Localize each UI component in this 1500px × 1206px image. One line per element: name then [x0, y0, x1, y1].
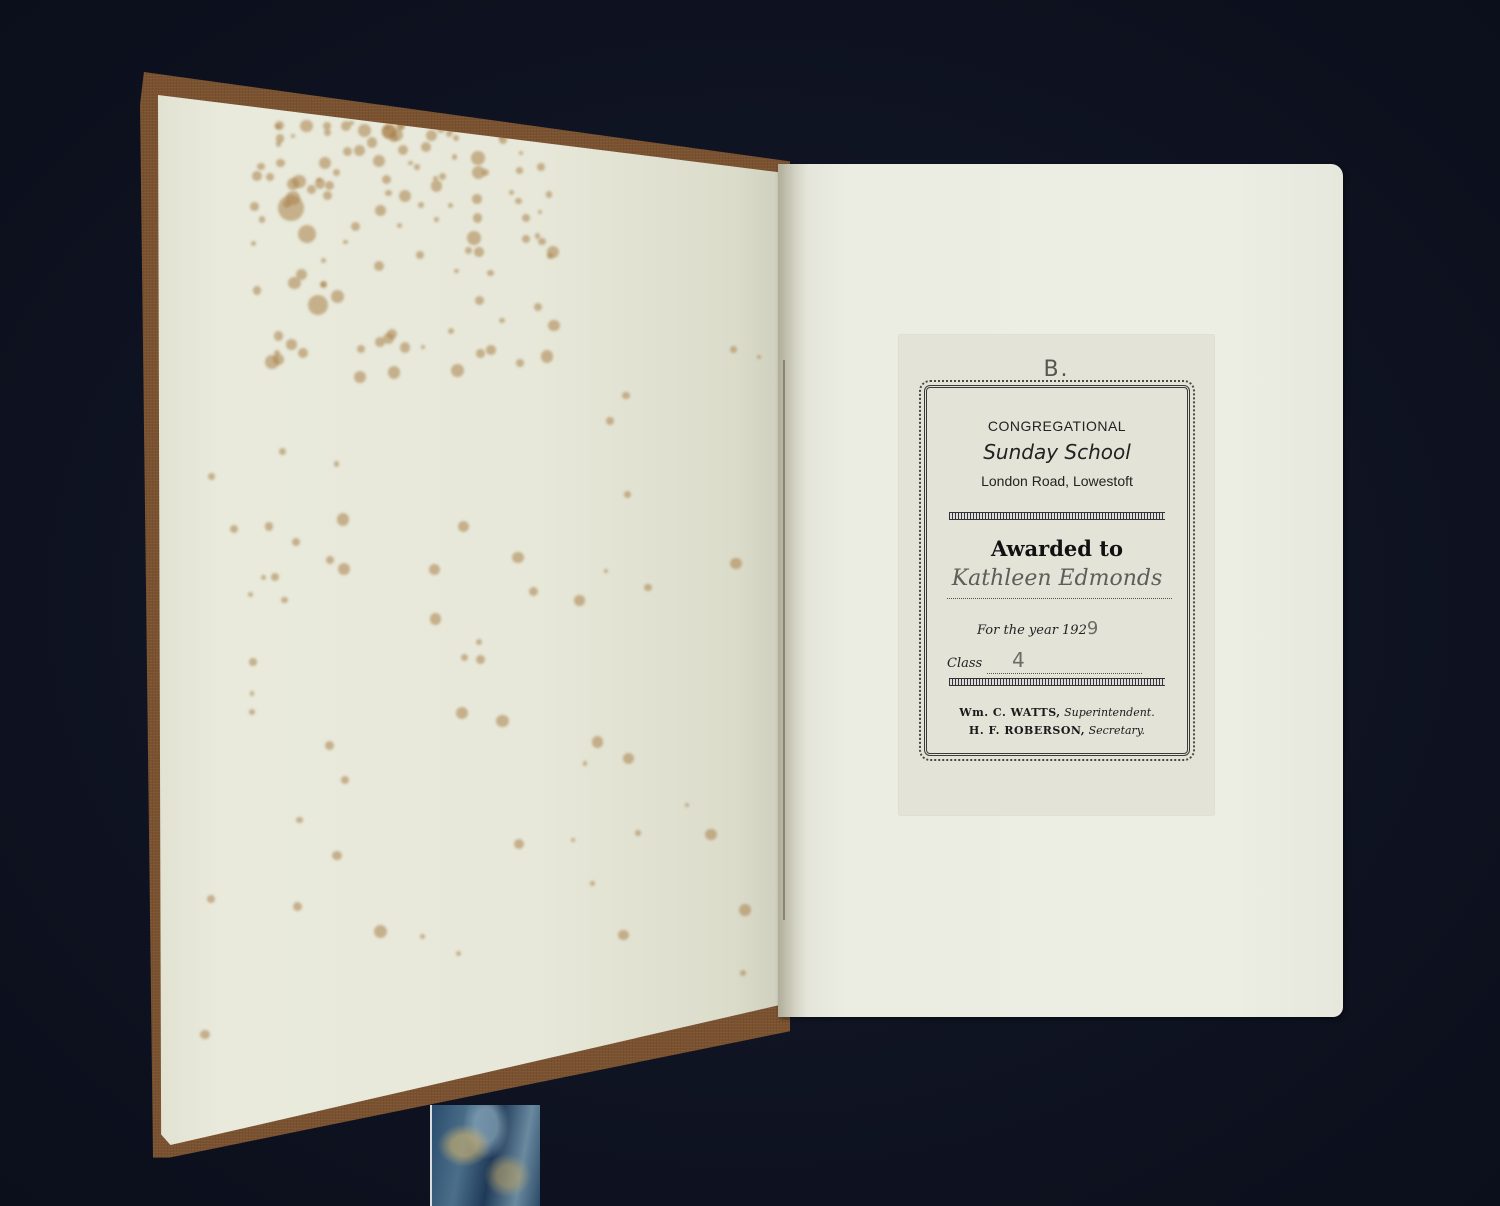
foxing-spot — [331, 290, 344, 303]
foxing-spot — [338, 563, 350, 575]
foxing-spot — [416, 251, 424, 259]
foxing-spot — [288, 277, 301, 290]
signatory-role: Superintendent. — [1064, 706, 1155, 719]
foxing-spot — [252, 171, 262, 181]
foxing-spot — [685, 803, 689, 807]
foxing-spot — [354, 371, 366, 383]
foxing-spot — [451, 364, 464, 377]
foxing-spot — [230, 525, 238, 533]
foxing-spot — [374, 261, 384, 271]
foxing-spot — [293, 902, 302, 911]
foxing-spot — [456, 707, 468, 719]
foxing-spot — [279, 448, 286, 455]
foxing-spot — [207, 895, 215, 903]
foxing-spot — [298, 225, 316, 243]
foxing-spot — [375, 205, 386, 216]
gutter-crease — [783, 360, 785, 920]
name-dotted-line — [947, 598, 1172, 599]
foxing-spot — [291, 134, 295, 138]
class-dotted-line — [987, 673, 1142, 674]
foxing-spot — [454, 269, 458, 273]
foxing-spot — [522, 235, 530, 243]
foxing-spot — [248, 592, 253, 597]
foxing-spot — [382, 175, 391, 184]
foxing-spot — [730, 346, 737, 353]
foxing-spot — [439, 173, 446, 180]
foxing-spot — [257, 163, 265, 171]
foxing-spot — [514, 839, 524, 849]
foxing-spot — [385, 190, 392, 197]
foxing-spot — [259, 216, 266, 223]
foxing-spot — [426, 130, 437, 141]
foxing-spot — [319, 157, 331, 169]
foxing-spot — [397, 223, 402, 228]
foxing-spot — [472, 194, 482, 204]
foxing-spot — [448, 328, 454, 334]
foxing-spot — [452, 154, 458, 160]
foxing-spot — [358, 124, 371, 137]
foxing-spot — [300, 120, 312, 132]
foxing-spot — [375, 337, 385, 347]
foxing-spot — [475, 296, 484, 305]
foxing-spot — [590, 881, 595, 886]
foxing-spot — [476, 349, 484, 357]
foxing-spot — [516, 167, 522, 173]
foxing-spot — [446, 131, 452, 137]
foxing-spot — [421, 345, 425, 349]
foxing-spot — [538, 210, 542, 214]
foxing-spot — [250, 202, 259, 211]
foxing-spot — [472, 166, 485, 179]
foxing-spot — [349, 121, 354, 126]
signatory-role: Secretary. — [1089, 724, 1145, 737]
foxing-spot — [476, 639, 482, 645]
foxing-spot — [541, 350, 554, 363]
foxing-spot — [388, 366, 401, 379]
class-value: 4 — [1012, 648, 1025, 672]
foxing-spot — [515, 198, 521, 204]
signatory-secretary: H. F. ROBERSON, Secretary. — [927, 724, 1187, 737]
foxing-spot — [408, 161, 412, 165]
plate-line-sunday-school: Sunday School — [927, 440, 1187, 464]
foxing-spot — [534, 303, 542, 311]
foxing-spot — [249, 658, 256, 665]
ornamental-border: CONGREGATIONAL Sunday School London Road… — [924, 385, 1190, 756]
foxing-spot — [529, 587, 539, 597]
bookplate: B. CONGREGATIONAL Sunday School London R… — [899, 335, 1214, 815]
foxing-spot — [509, 190, 514, 195]
foxing-spot — [429, 564, 440, 575]
foxing-spot — [276, 159, 284, 167]
foxing-spot — [343, 147, 352, 156]
foxing-spot — [583, 761, 587, 765]
foxing-spot — [471, 151, 485, 165]
foxing-spot — [499, 318, 504, 323]
foxing-spot — [286, 339, 297, 350]
foxing-spot — [278, 195, 304, 221]
foxing-spot — [456, 951, 461, 956]
foxing-spot — [281, 597, 287, 603]
foxing-spot — [473, 213, 482, 222]
foxing-spot — [547, 253, 553, 259]
foxing-spot — [273, 354, 284, 365]
handwritten-mark: B. — [899, 357, 1214, 382]
foxing-spot — [421, 142, 431, 152]
awarded-heading: Awarded to — [927, 536, 1187, 561]
foxing-spot — [320, 281, 327, 288]
foxing-spot — [253, 286, 262, 295]
foxing-spot — [324, 129, 331, 136]
foxing-spot — [465, 247, 472, 254]
foxing-spot — [461, 654, 468, 661]
foxing-spot — [292, 175, 305, 188]
foxing-spot — [296, 817, 303, 824]
foxing-spot — [757, 355, 761, 359]
foxing-spot — [250, 691, 254, 695]
foxing-spot — [373, 155, 385, 167]
foxing-spot — [546, 191, 552, 197]
foxing-spot — [298, 348, 308, 358]
foxed-endpaper — [158, 95, 783, 1145]
foxing-spot — [323, 191, 332, 200]
signatory-name: H. F. ROBERSON, — [969, 724, 1085, 737]
foxing-spot — [325, 181, 334, 190]
foxing-spot — [705, 829, 717, 841]
foxing-spot — [332, 851, 342, 861]
foxing-spot — [400, 342, 411, 353]
foxing-spot — [325, 741, 334, 750]
foxing-spot — [635, 830, 641, 836]
foxing-spot — [367, 137, 378, 148]
foxing-spot — [343, 240, 348, 245]
foxing-spot — [644, 584, 651, 591]
foxing-spot — [383, 333, 394, 344]
year-label: For the year 192 — [977, 623, 1087, 638]
foxing-spot — [522, 214, 530, 222]
decorative-rule — [949, 678, 1165, 686]
foxing-spot — [453, 135, 459, 141]
foxing-spot — [448, 203, 453, 208]
plate-line-address: London Road, Lowestoft — [927, 473, 1187, 489]
foxing-spot — [516, 359, 524, 367]
year-field: For the year 1929 — [977, 618, 1098, 639]
foxing-spot — [730, 558, 742, 570]
foxing-spot — [548, 320, 560, 332]
foxing-spot — [208, 473, 215, 480]
foxing-spot — [574, 595, 585, 606]
foxing-spot — [420, 934, 425, 939]
foxing-spot — [333, 169, 340, 176]
foxing-spot — [249, 709, 255, 715]
foxing-spot — [261, 575, 266, 580]
foxing-spot — [418, 202, 424, 208]
foxing-spot — [398, 145, 408, 155]
foxing-spot — [351, 222, 361, 232]
foxing-spot — [487, 270, 494, 277]
signatory-name: Wm. C. WATTS, — [959, 706, 1060, 719]
ribbon-bookmark — [430, 1105, 540, 1206]
foxing-spot — [431, 180, 443, 192]
foxing-spot — [618, 930, 629, 941]
recipient-name: Kathleen Edmonds — [927, 566, 1187, 591]
foxing-spot — [251, 241, 256, 246]
class-label: Class — [947, 656, 982, 671]
foxing-spot — [433, 176, 438, 181]
foxing-spot — [266, 173, 275, 182]
foxing-spot — [200, 1030, 210, 1040]
foxing-spot — [571, 838, 575, 842]
foxing-spot — [592, 736, 603, 747]
foxing-spot — [739, 904, 751, 916]
foxing-spot — [623, 753, 634, 764]
foxing-spot — [537, 163, 545, 171]
foxing-spot — [276, 141, 281, 146]
foxing-spot — [474, 247, 484, 257]
foxing-spot — [274, 331, 284, 341]
foxing-spot — [486, 345, 495, 354]
foxing-spot — [535, 233, 540, 238]
foxing-spot — [308, 295, 328, 315]
foxing-spot — [606, 417, 614, 425]
foxing-spot — [414, 164, 420, 170]
foxing-spot — [275, 124, 281, 130]
foxing-spot — [334, 461, 339, 466]
foxing-spot — [622, 392, 630, 400]
foxing-spot — [434, 217, 439, 222]
decorative-rule — [949, 512, 1165, 520]
foxing-spot — [624, 491, 631, 498]
foxing-spot — [519, 151, 523, 155]
foxing-spot — [271, 573, 280, 582]
foxing-spot — [496, 715, 508, 727]
foxing-spot — [458, 521, 469, 532]
foxing-spot — [357, 345, 365, 353]
foxing-spot — [389, 133, 398, 142]
foxing-spot — [512, 552, 523, 563]
foxing-spot — [399, 190, 411, 202]
signatory-superintendent: Wm. C. WATTS, Superintendent. — [927, 706, 1187, 719]
foxing-spot — [476, 655, 485, 664]
foxing-spot — [467, 231, 481, 245]
plate-line-congregational: CONGREGATIONAL — [927, 418, 1187, 434]
year-handwritten: 9 — [1087, 618, 1098, 639]
foxing-spot — [604, 569, 608, 573]
foxing-spot — [374, 925, 387, 938]
foxing-spot — [341, 776, 349, 784]
foxing-spot — [337, 513, 350, 526]
foxing-spot — [538, 238, 545, 245]
foxing-spot — [430, 613, 441, 624]
foxing-spot — [326, 556, 333, 563]
foxing-spot — [265, 522, 273, 530]
foxing-spot — [321, 258, 327, 264]
foxing-spot — [292, 538, 300, 546]
foxing-spot — [740, 970, 746, 976]
foxing-spot — [354, 145, 365, 156]
